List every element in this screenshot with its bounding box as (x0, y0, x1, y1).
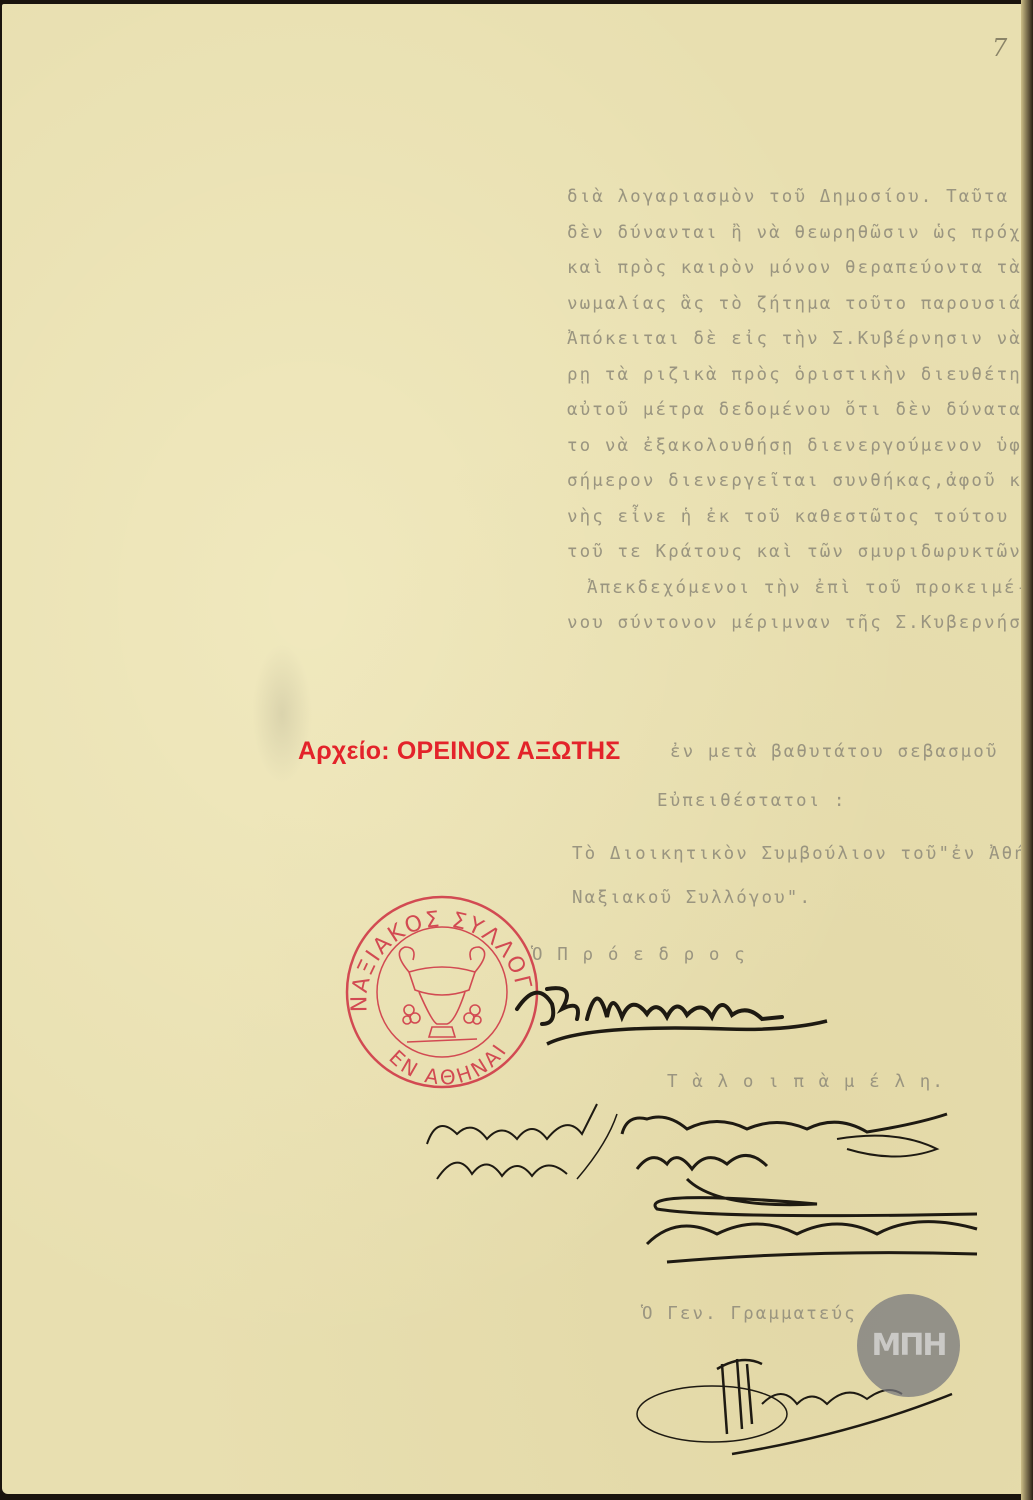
letter-body: διὰ λογαριασμὸν τοῦ Δημοσίου. Ταῦτα ὅμως… (567, 180, 1033, 642)
archive-watermark: Αρχείο: ΟΡΕΙΝΟΣ ΑΞΩΤΗΣ (298, 737, 620, 766)
closing-title: Εὐπειθέστατοι : (657, 791, 847, 811)
archive-stamp-icon: ΜΠΗ (857, 1294, 960, 1397)
body-line: τοῦ τε Κράτους καὶ τῶν σμυριδωρυκτῶν. (567, 535, 1033, 571)
body-line: διὰ λογαριασμὸν τοῦ Δημοσίου. Ταῦτα ὅμως (567, 180, 1033, 216)
secretary-label: Ὁ Γεν. Γραμματεύς (642, 1304, 857, 1324)
president-label: Ὁ Π ρ ό ε δ ρ ο ς (532, 945, 747, 965)
body-line: δὲν δύνανται ἢ νὰ θεωρηθῶσιν ὡς πρόχειρα (567, 216, 1033, 252)
members-label: Τ ὰ λ ο ι π ὰ μ έ λ η. (667, 1072, 945, 1092)
scan-edge (1021, 0, 1033, 1500)
body-line: νὴς εἶνε ἡ ἐκ τοῦ καθεστῶτος τούτου ζημί… (567, 500, 1033, 536)
body-line: αὐτοῦ μέτρα δεδομένου ὅτι δὲν δύναται το… (567, 393, 1033, 429)
body-line: σήμερον διενεργεῖται συνθήκας,ἀφοῦ καταφ… (567, 464, 1033, 500)
signatory-line-1: Τὸ Διοικητικὸν Συμβούλιον τοῦ"ἐν Ἀθήναις (572, 844, 1033, 864)
body-line: Ἀπεκδεχόμενοι τὴν ἐπὶ τοῦ προκειμέ- (567, 571, 1033, 607)
closing-partial-line: ἐν μετὰ βαθυτάτου σεβασμοῦ (670, 742, 999, 762)
body-line: ρῃ τὰ ριζικὰ πρὸς ὁριστικὴν διευθέτησιν (567, 358, 1033, 394)
body-line: καὶ πρὸς καιρὸν μόνον θεραπεύοντα τὰς ἀ- (567, 251, 1033, 287)
body-line: το νὰ ἐξακολουθήσῃ διενεργούμενον ὑφ' ἃς (567, 429, 1033, 465)
body-line: νωμαλίας ἃς τὸ ζήτημα τοῦτο παρουσιάζει. (567, 287, 1033, 323)
page-number: 7 (992, 34, 1007, 62)
body-line: νου σύντονον μέριμναν τῆς Σ.Κυβερνήσεως, (567, 606, 1033, 642)
document-page: 7 διὰ λογαριασμὸν τοῦ Δημοσίου. Ταῦτα ὅμ… (2, 4, 1024, 1494)
body-line: Ἀπόκειται δὲ εἰς τὴν Σ.Κυβέρνησιν νὰ ἐξε… (567, 322, 1033, 358)
member-signatures (417, 1094, 977, 1268)
president-signature (507, 969, 847, 1063)
signatory-line-2: Ναξιακοῦ Συλλόγου". (572, 888, 812, 908)
